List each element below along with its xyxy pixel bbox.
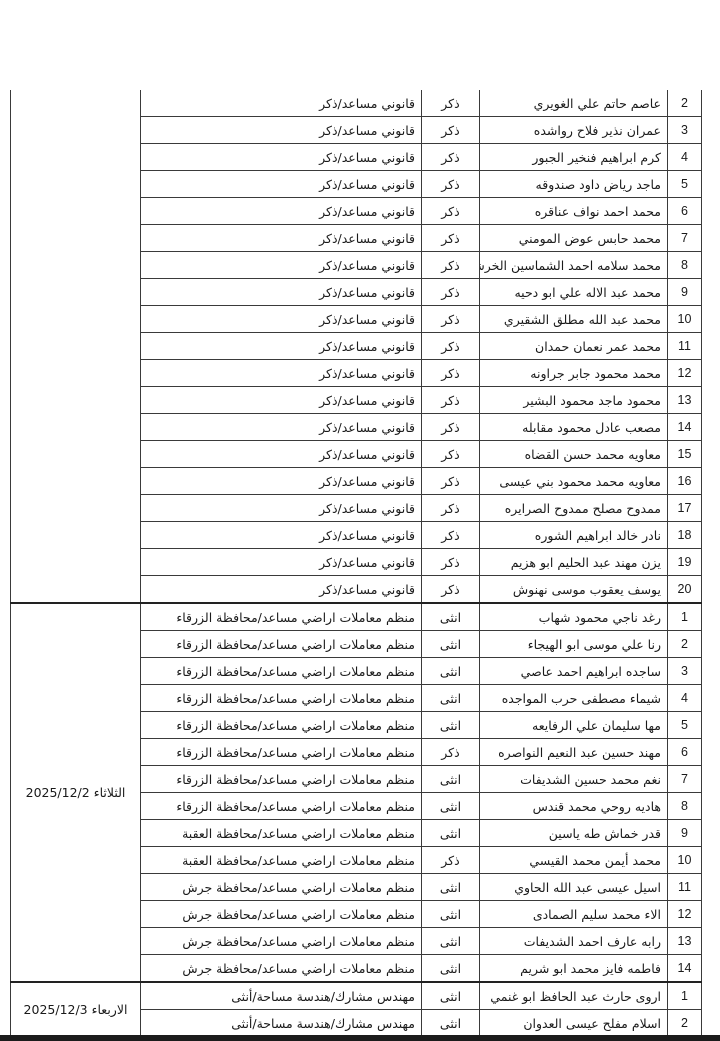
job-title-cell: قانوني مساعد/ذكر [141, 117, 422, 144]
gender-cell: ذكر [422, 576, 480, 604]
gender-cell: انثى [422, 901, 480, 928]
job-title-cell: مهندس مشارك/هندسة مساحة/أنثى [141, 1010, 422, 1037]
job-title-cell: مهندس مشارك/هندسة مساحة/أنثى [141, 982, 422, 1010]
job-title-cell: منظم معاملات اراضي مساعد/محافظة الزرقاء [141, 603, 422, 631]
gender-cell: ذكر [422, 549, 480, 576]
gender-cell: ذكر [422, 360, 480, 387]
gender-cell: ذكر [422, 414, 480, 441]
row-number: 12 [668, 360, 702, 387]
job-title-cell: قانوني مساعد/ذكر [141, 90, 422, 117]
gender-cell: ذكر [422, 90, 480, 117]
gender-cell: ذكر [422, 333, 480, 360]
candidate-name: ساجده ابراهيم احمد عاصي [480, 658, 668, 685]
row-number: 7 [668, 766, 702, 793]
row-number: 5 [668, 171, 702, 198]
candidate-name: معاويه محمد حسن القضاه [480, 441, 668, 468]
candidate-name: كرم ابراهيم فنخير الجبور [480, 144, 668, 171]
row-number: 3 [668, 658, 702, 685]
row-number: 9 [668, 820, 702, 847]
job-title-cell: منظم معاملات اراضي مساعد/محافظة الزرقاء [141, 631, 422, 658]
job-title-cell: قانوني مساعد/ذكر [141, 360, 422, 387]
row-number: 4 [668, 144, 702, 171]
gender-cell: انثى [422, 712, 480, 739]
candidate-name: عاصم حاتم علي الغويري [480, 90, 668, 117]
row-number: 10 [668, 847, 702, 874]
gender-cell: انثى [422, 766, 480, 793]
row-number: 12 [668, 901, 702, 928]
row-number: 16 [668, 468, 702, 495]
candidate-name: محمد احمد نواف عناقره [480, 198, 668, 225]
row-number: 2 [668, 631, 702, 658]
gender-cell: ذكر [422, 198, 480, 225]
candidate-name: مهند حسين عبد النعيم النواصره [480, 739, 668, 766]
candidate-name: ممدوح مصلح ممدوح الصرايره [480, 495, 668, 522]
gender-cell: ذكر [422, 171, 480, 198]
job-title-cell: منظم معاملات اراضي مساعد/محافظة الزرقاء [141, 793, 422, 820]
row-number: 6 [668, 198, 702, 225]
candidate-name: فاطمه فايز محمد ابو شريم [480, 955, 668, 983]
row-number: 19 [668, 549, 702, 576]
gender-cell: ذكر [422, 279, 480, 306]
gender-cell: انثى [422, 658, 480, 685]
row-number: 8 [668, 252, 702, 279]
job-title-cell: قانوني مساعد/ذكر [141, 144, 422, 171]
candidate-name: معاويه محمد محمود بني عيسى [480, 468, 668, 495]
row-number: 2 [668, 90, 702, 117]
job-title-cell: قانوني مساعد/ذكر [141, 171, 422, 198]
row-number: 13 [668, 928, 702, 955]
gender-cell: ذكر [422, 225, 480, 252]
gender-cell: ذكر [422, 495, 480, 522]
row-number: 3 [668, 117, 702, 144]
table-row: 1اروى حارث عبد الحافظ ابو غنميانثىمهندس … [11, 982, 702, 1010]
job-title-cell: قانوني مساعد/ذكر [141, 306, 422, 333]
row-number: 20 [668, 576, 702, 604]
gender-cell: انثى [422, 603, 480, 631]
job-title-cell: قانوني مساعد/ذكر [141, 468, 422, 495]
job-title-cell: منظم معاملات اراضي مساعد/محافظة جرش [141, 928, 422, 955]
candidate-name: محمد أيمن محمد القيسي [480, 847, 668, 874]
document-page: 2عاصم حاتم علي الغويريذكرقانوني مساعد/ذك… [0, 0, 720, 1041]
exam-date-cell: الثلاثاء 2025/12/2 [11, 603, 141, 982]
row-number: 15 [668, 441, 702, 468]
table-body: 2عاصم حاتم علي الغويريذكرقانوني مساعد/ذك… [11, 90, 702, 1037]
candidate-name: نغم محمد حسين الشديفات [480, 766, 668, 793]
job-title-cell: منظم معاملات اراضي مساعد/محافظة الزرقاء [141, 766, 422, 793]
job-title-cell: منظم معاملات اراضي مساعد/محافظة الزرقاء [141, 739, 422, 766]
candidate-name: الاء محمد سليم الصمادى [480, 901, 668, 928]
row-number: 11 [668, 874, 702, 901]
exam-date-cell [11, 90, 141, 603]
gender-cell: انثى [422, 685, 480, 712]
gender-cell: ذكر [422, 387, 480, 414]
row-number: 9 [668, 279, 702, 306]
job-title-cell: قانوني مساعد/ذكر [141, 333, 422, 360]
candidate-name: رابه عارف احمد الشديفات [480, 928, 668, 955]
row-number: 1 [668, 603, 702, 631]
candidate-name: محمد عمر نعمان حمدان [480, 333, 668, 360]
job-title-cell: منظم معاملات اراضي مساعد/محافظة جرش [141, 874, 422, 901]
job-title-cell: قانوني مساعد/ذكر [141, 522, 422, 549]
gender-cell: انثى [422, 955, 480, 983]
job-title-cell: قانوني مساعد/ذكر [141, 198, 422, 225]
row-number: 2 [668, 1010, 702, 1037]
candidate-name: رغد ناجي محمود شهاب [480, 603, 668, 631]
gender-cell: ذكر [422, 306, 480, 333]
job-title-cell: قانوني مساعد/ذكر [141, 576, 422, 604]
job-title-cell: منظم معاملات اراضي مساعد/محافظة الزرقاء [141, 658, 422, 685]
row-number: 18 [668, 522, 702, 549]
job-title-cell: منظم معاملات اراضي مساعد/محافظة جرش [141, 955, 422, 983]
row-number: 8 [668, 793, 702, 820]
candidate-name: محمد حابس عوض المومني [480, 225, 668, 252]
job-title-cell: قانوني مساعد/ذكر [141, 549, 422, 576]
candidate-name: اروى حارث عبد الحافظ ابو غنمي [480, 982, 668, 1010]
table-row: 2عاصم حاتم علي الغويريذكرقانوني مساعد/ذك… [11, 90, 702, 117]
row-number: 1 [668, 982, 702, 1010]
job-title-cell: قانوني مساعد/ذكر [141, 414, 422, 441]
candidate-name: شيماء مصطفى حرب المواجده [480, 685, 668, 712]
gender-cell: ذكر [422, 117, 480, 144]
row-number: 7 [668, 225, 702, 252]
page-bottom-edge [0, 1035, 720, 1041]
job-title-cell: منظم معاملات اراضي مساعد/محافظة الزرقاء [141, 712, 422, 739]
job-title-cell: قانوني مساعد/ذكر [141, 279, 422, 306]
candidate-name: مها سليمان علي الرفايعه [480, 712, 668, 739]
row-number: 13 [668, 387, 702, 414]
gender-cell: ذكر [422, 441, 480, 468]
gender-cell: ذكر [422, 468, 480, 495]
gender-cell: ذكر [422, 847, 480, 874]
gender-cell: انثى [422, 874, 480, 901]
candidate-name: اسيل عيسى عبد الله الحاوي [480, 874, 668, 901]
candidate-name: اسلام مفلح عيسى العدوان [480, 1010, 668, 1037]
row-number: 17 [668, 495, 702, 522]
gender-cell: انثى [422, 631, 480, 658]
job-title-cell: قانوني مساعد/ذكر [141, 441, 422, 468]
job-title-cell: منظم معاملات اراضي مساعد/محافظة جرش [141, 901, 422, 928]
candidate-name: محمد سلامه احمد الشماسين الخرشه [480, 252, 668, 279]
candidate-name: يوسف يعقوب موسى نهنوش [480, 576, 668, 604]
gender-cell: انثى [422, 928, 480, 955]
candidate-name: رنا علي موسى ابو الهيجاء [480, 631, 668, 658]
gender-cell: ذكر [422, 144, 480, 171]
candidate-name: قدر خماش طه ياسين [480, 820, 668, 847]
candidate-name: محمد عبد الاله علي ابو دحيه [480, 279, 668, 306]
job-title-cell: قانوني مساعد/ذكر [141, 252, 422, 279]
job-title-cell: قانوني مساعد/ذكر [141, 495, 422, 522]
candidate-name: محمود ماجد محمود البشير [480, 387, 668, 414]
candidate-name: نادر خالد ابراهيم الشوره [480, 522, 668, 549]
job-title-cell: منظم معاملات اراضي مساعد/محافظة الزرقاء [141, 685, 422, 712]
candidate-name: هاديه روحي محمد قندس [480, 793, 668, 820]
candidate-name: يزن مهند عبد الحليم ابو هزيم [480, 549, 668, 576]
row-number: 6 [668, 739, 702, 766]
gender-cell: انثى [422, 982, 480, 1010]
candidate-name: محمد محمود جابر جراونه [480, 360, 668, 387]
row-number: 14 [668, 955, 702, 983]
gender-cell: ذكر [422, 522, 480, 549]
exam-date-cell: الاربعاء 2025/12/3 [11, 982, 141, 1037]
gender-cell: انثى [422, 1010, 480, 1037]
candidate-name: مصعب عادل محمود مقابله [480, 414, 668, 441]
row-number: 10 [668, 306, 702, 333]
candidates-table: 2عاصم حاتم علي الغويريذكرقانوني مساعد/ذك… [10, 90, 702, 1037]
row-number: 4 [668, 685, 702, 712]
row-number: 11 [668, 333, 702, 360]
candidate-name: عمران نذير فلاح رواشده [480, 117, 668, 144]
row-number: 14 [668, 414, 702, 441]
job-title-cell: منظم معاملات اراضي مساعد/محافظة العقبة [141, 847, 422, 874]
job-title-cell: منظم معاملات اراضي مساعد/محافظة العقبة [141, 820, 422, 847]
gender-cell: ذكر [422, 739, 480, 766]
gender-cell: انثى [422, 820, 480, 847]
candidate-name: ماجد رياض داود صندوقه [480, 171, 668, 198]
candidate-name: محمد عبد الله مطلق الشقيري [480, 306, 668, 333]
gender-cell: انثى [422, 793, 480, 820]
row-number: 5 [668, 712, 702, 739]
table-row: 1رغد ناجي محمود شهابانثىمنظم معاملات ارا… [11, 603, 702, 631]
job-title-cell: قانوني مساعد/ذكر [141, 225, 422, 252]
gender-cell: ذكر [422, 252, 480, 279]
job-title-cell: قانوني مساعد/ذكر [141, 387, 422, 414]
